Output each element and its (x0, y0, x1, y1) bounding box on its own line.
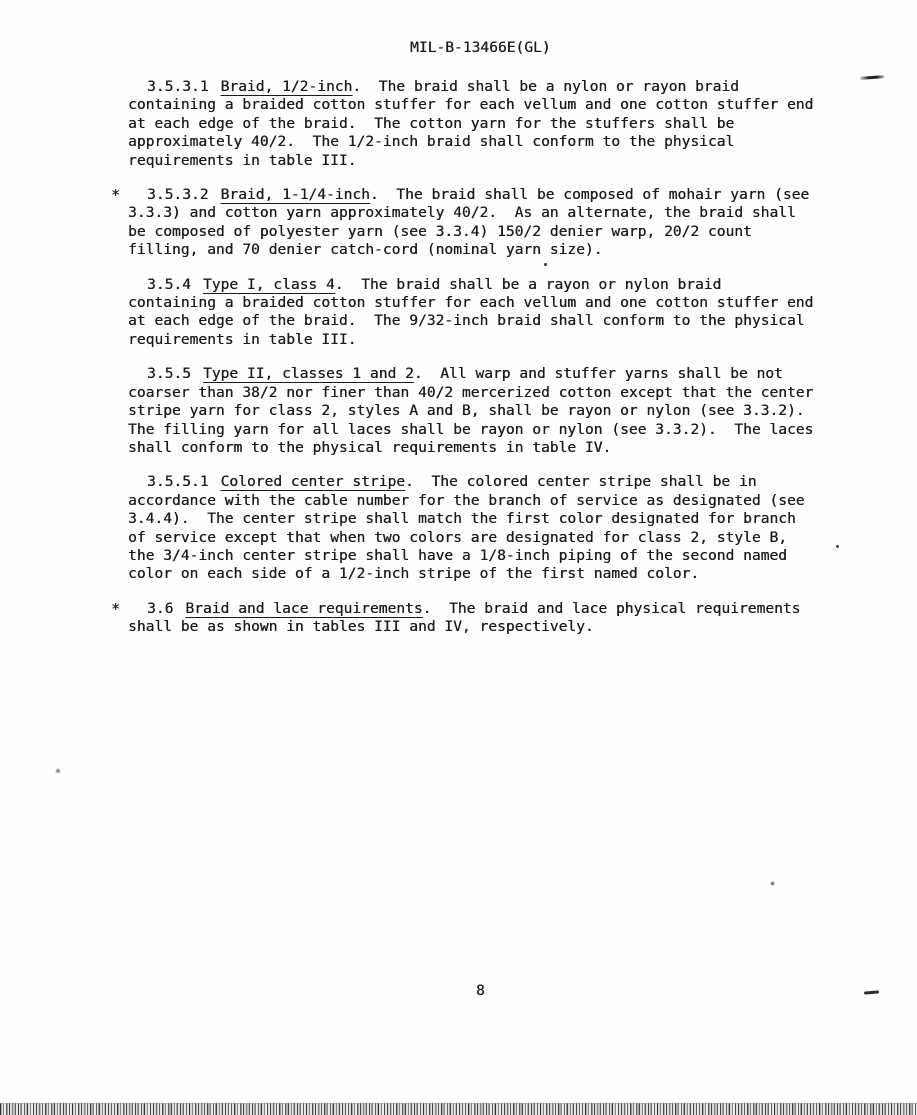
text-line: requirements in table III. (128, 331, 838, 349)
scan-dash-mark (860, 75, 884, 80)
section-number: 3.5.3.1 (147, 78, 209, 95)
paragraph-3-5-4: 3.5.4Type I, class 4. The braid shall be… (128, 276, 838, 350)
paragraph-text: . The colored center stripe shall be in (405, 473, 756, 490)
text-line: approximately 40/2. The 1/2-inch braid s… (128, 133, 838, 151)
text-line: color on each side of a 1/2-inch stripe … (128, 565, 838, 583)
paragraph-text: . All warp and stuffer yarns shall be no… (414, 365, 783, 382)
section-number: 3.5.5 (147, 365, 191, 382)
text-line: be composed of polyester yarn (see 3.3.4… (128, 223, 838, 241)
paragraph-3-5-5-1: 3.5.5.1Colored center stripe. The colore… (128, 473, 838, 583)
text-line: containing a braided cotton stuffer for … (128, 294, 838, 312)
paragraph-first-line: 3.6Braid and lace requirements. The brai… (128, 600, 838, 618)
spec-number-header: MIL-B-13466E(GL) (410, 39, 551, 56)
text-line: the 3/4-inch center stripe shall have a … (128, 547, 838, 565)
section-number: 3.5.4 (147, 276, 191, 293)
scan-speck (836, 545, 839, 548)
text-line: stripe yarn for class 2, styles A and B,… (128, 402, 838, 420)
text-line: 3.3.3) and cotton yarn approximately 40/… (128, 204, 838, 222)
text-line: coarser than 38/2 nor finer than 40/2 me… (128, 384, 838, 402)
scan-speck (544, 263, 547, 266)
text-line: The filling yarn for all laces shall be … (128, 421, 838, 439)
text-line: of service except that when two colors a… (128, 529, 838, 547)
section-title: Type II, classes 1 and 2 (203, 365, 414, 382)
text-line: containing a braided cotton stuffer for … (128, 96, 838, 114)
text-line: requirements in table III. (128, 152, 838, 170)
scan-dash-mark (864, 990, 879, 994)
revision-asterisk: * (111, 600, 120, 618)
scan-speck (770, 881, 775, 886)
document-page: MIL-B-13466E(GL) 3.5.3.1Braid, 1/2-inch.… (0, 0, 917, 1115)
revision-asterisk: * (111, 186, 120, 204)
scan-edge-noise (0, 1103, 917, 1115)
paragraph-text: . The braid shall be a nylon or rayon br… (352, 78, 739, 95)
section-title: Braid and lace requirements (185, 600, 422, 617)
paragraph-text: . The braid shall be composed of mohair … (370, 186, 809, 203)
text-line: shall conform to the physical requiremen… (128, 439, 838, 457)
document-body: 3.5.3.1Braid, 1/2-inch. The braid shall … (128, 78, 838, 653)
section-number: 3.5.3.2 (147, 186, 209, 203)
paragraph-text: . The braid and lace physical requiremen… (423, 600, 801, 617)
page-number: 8 (476, 982, 485, 999)
paragraph-3-5-3-2: * 3.5.3.2Braid, 1-1/4-inch. The braid sh… (128, 186, 838, 260)
paragraph-first-line: 3.5.5.1Colored center stripe. The colore… (128, 473, 838, 491)
text-line: at each edge of the braid. The 9/32-inch… (128, 312, 838, 330)
section-number: 3.5.5.1 (147, 473, 209, 490)
paragraph-text: . The braid shall be a rayon or nylon br… (335, 276, 722, 293)
section-title: Colored center stripe (221, 473, 406, 490)
paragraph-first-line: 3.5.4Type I, class 4. The braid shall be… (128, 276, 838, 294)
paragraph-first-line: 3.5.3.1Braid, 1/2-inch. The braid shall … (128, 78, 838, 96)
paragraph-3-6: * 3.6Braid and lace requirements. The br… (128, 600, 838, 637)
section-number: 3.6 (147, 600, 173, 617)
paragraph-3-5-3-1: 3.5.3.1Braid, 1/2-inch. The braid shall … (128, 78, 838, 170)
paragraph-first-line: 3.5.3.2Braid, 1-1/4-inch. The braid shal… (128, 186, 838, 204)
scan-speck (55, 768, 61, 774)
text-line: accordance with the cable number for the… (128, 492, 838, 510)
text-line: 3.4.4). The center stripe shall match th… (128, 510, 838, 528)
section-title: Type I, class 4 (203, 276, 335, 293)
section-title: Braid, 1-1/4-inch (221, 186, 370, 203)
text-line: shall be as shown in tables III and IV, … (128, 618, 838, 636)
paragraph-3-5-5: 3.5.5Type II, classes 1 and 2. All warp … (128, 365, 838, 457)
text-line: filling, and 70 denier catch-cord (nomin… (128, 241, 838, 259)
paragraph-first-line: 3.5.5Type II, classes 1 and 2. All warp … (128, 365, 838, 383)
text-line: at each edge of the braid. The cotton ya… (128, 115, 838, 133)
section-title: Braid, 1/2-inch (221, 78, 353, 95)
